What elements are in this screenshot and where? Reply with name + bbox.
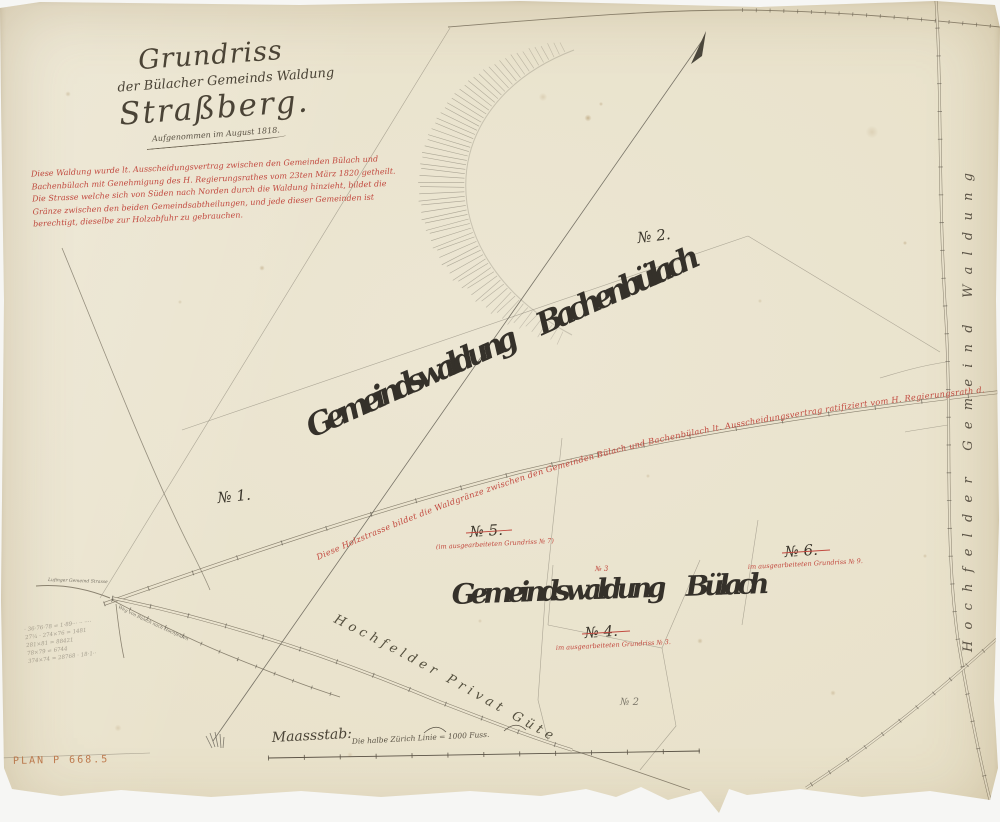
- ticks-top-road: [742, 10, 1000, 27]
- scanned-map-page: Gemeindswaldung Bachenbülach Gemeindswal…: [0, 0, 1000, 822]
- parcel-note-n6: im ausgearbeiteten Grundriss № 9.: [748, 557, 863, 571]
- parcel-label-n2-bottom: № 2: [619, 697, 639, 708]
- parcel-label-n3-red: № 3: [594, 565, 609, 573]
- ticks-spur: [112, 600, 340, 697]
- road-upper-left: [62, 248, 210, 590]
- red-marginal-note: Diese Waldung wurde lt. Ausscheidungsver…: [31, 155, 333, 231]
- hill-spine-line: [466, 50, 574, 335]
- region-label-buelach: Gemeindswaldung Bülach: [451, 567, 772, 611]
- survey-station-marks: [206, 732, 224, 748]
- north-arrow-line: [213, 38, 704, 741]
- paper-sheet: Gemeindswaldung Bachenbülach Gemeindswal…: [0, 0, 1000, 822]
- scale-bar-group: Maassstab: Die halbe Zürich Linie = 1000…: [268, 725, 700, 758]
- hill-hachure-shading: [418, 43, 565, 345]
- parcel-label-n1: № 1.: [216, 486, 252, 507]
- road-label-weg-text: Weg von Bülach nach Hochfelden: [117, 604, 189, 642]
- scale-title: Maassstab:: [270, 726, 352, 746]
- road-spur: [112, 600, 340, 697]
- region-label-bachenbuelach: Gemeindswaldung Bachenbülach: [301, 238, 708, 446]
- road-label-lufinger: Lufinger Gemeind Strasse: [47, 577, 108, 585]
- parcel-note-n4: im ausgearbeiteten Grundriss № 3.: [556, 638, 671, 652]
- title-block: Grundriss der Bülacher Gemeinds Waldung …: [115, 33, 312, 150]
- archive-plan-number-stamp: PLAN P 668.5: [13, 754, 109, 767]
- road-hochfelden-ext: [572, 750, 690, 790]
- parcel-label-n2-top: № 2.: [635, 225, 671, 247]
- scale-detail: Die halbe Zürich Linie = 1000 Fuss.: [351, 730, 490, 746]
- parcel-note-n5: (im ausgearbeiteten Grundriss № 7): [436, 537, 555, 551]
- region-label-hochfelder-waldung: Hochfelder Gemeind Waldung: [961, 167, 976, 653]
- road-left-edge: [36, 586, 110, 599]
- road-top-edge: [448, 10, 1000, 27]
- parcel-numbers: № 2. № 1. № 5. № 6. № 4. № 2: [216, 225, 819, 708]
- pencil-calculations: · 36·76·78 = 1·89··· ·· ···· 27¼ · 274×7…: [24, 618, 97, 666]
- north-arrow-head-icon: [691, 31, 706, 64]
- road-label-weg: Weg von Bülach nach Hochfelden: [117, 604, 189, 642]
